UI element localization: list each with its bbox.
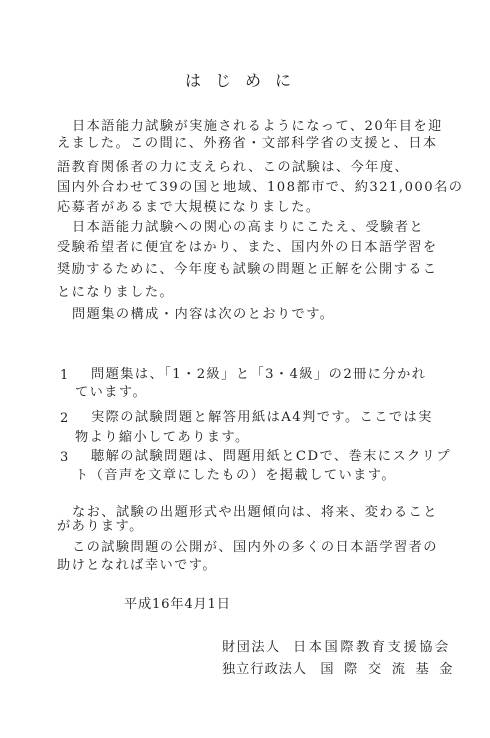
document-date: 平成16年4月1日: [124, 598, 231, 612]
signatory-2-type: 独立行政法人: [222, 658, 307, 677]
signatory-2-name: 国際交流基金: [320, 658, 463, 677]
closing-paragraph-1-line-2: があります。: [57, 520, 144, 534]
list-item-2-line-2: 物より縮小してあります。: [75, 431, 250, 445]
list-item-2-number: 2: [60, 411, 68, 426]
signatory-1: 財団法人 日本国際教育支援協会: [222, 636, 451, 655]
list-item-3-number: 3: [60, 450, 68, 465]
paragraph-3-line-1: 問題集の構成・内容は次のとおりです。: [72, 308, 334, 322]
page-title: はじめに: [0, 68, 490, 91]
signatory-1-name: 日本国際教育支援協会: [293, 636, 451, 655]
list-item-3-line-2: ト（音声を文章にしたもの）を掲載しています。: [75, 469, 396, 483]
signatory-1-type: 財団法人: [222, 636, 281, 655]
list-item-3-line-1: 聴解の試験問題は、問題用紙とCDで、巻末にスクリプ: [91, 450, 451, 464]
paragraph-1-line-2: えました。この間に、外務省・文部科学省の支援と、日本: [57, 137, 438, 151]
list-item-2-line-1: 実際の試験問題と解答用紙はA4判です。ここでは実: [91, 411, 433, 425]
document-page: はじめに 日本語能力試験が実施されるようになって、20年目を迎 えました。この間…: [0, 0, 490, 738]
paragraph-2-line-2: 受験希望者に便宜をはかり、また、国内外の日本語学習を: [57, 241, 438, 255]
list-item-1-line-1: 問題集は、「1・2級」と「3・4級」の2冊に分かれ: [91, 368, 426, 382]
closing-paragraph-2-line-1: この試験問題の公開が、国内外の多くの日本語学習者の: [72, 541, 438, 555]
list-item-1-number: 1: [60, 368, 68, 383]
paragraph-1-line-5: 応募者があるまで大規模になりました。: [57, 201, 320, 215]
signatory-2: 独立行政法人 国際交流基金: [222, 658, 463, 677]
paragraph-1-line-3: 語教育関係者の力に支えられ、この試験は、今年度、: [57, 161, 409, 175]
paragraph-1-line-1: 日本語能力試験が実施されるようになって、20年目を迎: [72, 120, 443, 134]
paragraph-2-line-1: 日本語能力試験への関心の高まりにこたえ、受験者と: [72, 221, 424, 235]
list-item-1-line-2: ています。: [75, 386, 147, 400]
paragraph-2-line-4: とになりました。: [57, 286, 174, 300]
closing-paragraph-1-line-1: なお、試験の出題形式や出題傾向は、将来、変わること: [72, 506, 438, 520]
closing-paragraph-2-line-2: 助けとなれば幸いです。: [57, 559, 217, 573]
paragraph-1-line-4: 国内外合わせて39の国と地域、108都市で、約321,000名の: [57, 181, 463, 195]
paragraph-2-line-3: 奨励するために、今年度も試験の問題と正解を公開するこ: [57, 263, 438, 277]
